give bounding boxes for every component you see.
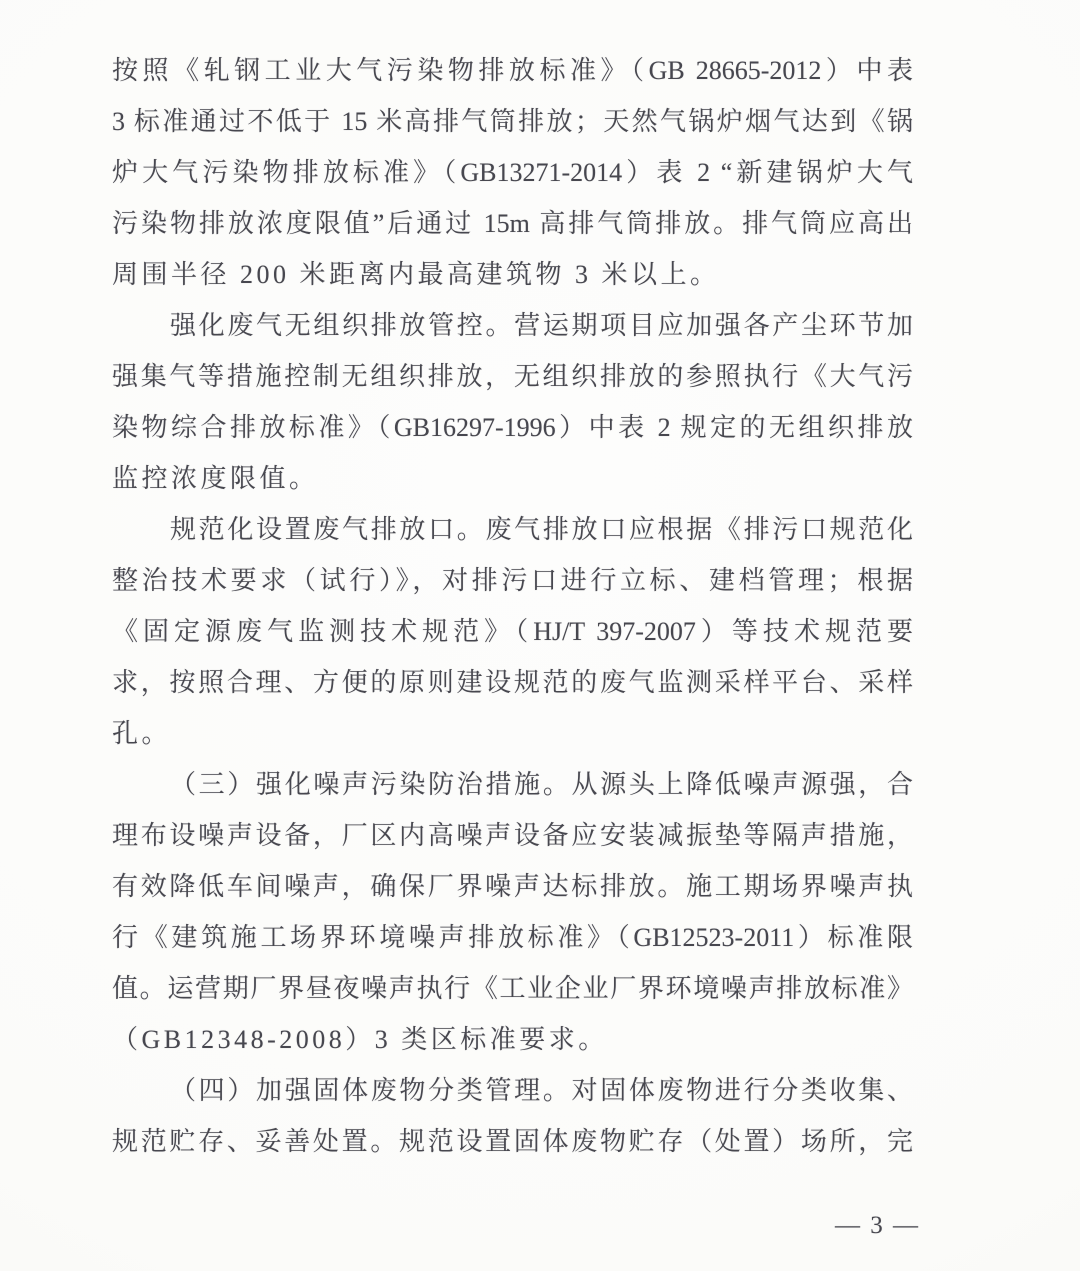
text-line: 有效降低车间噪声，确保厂界噪声达标排放。施工期场界噪声执: [112, 861, 913, 912]
text-line: 规范贮存、妥善处置。规范设置固体废物贮存（处置）场所，完: [112, 1116, 913, 1167]
text-line: 强集气等措施控制无组织排放，无组织排放的参照执行《大气污: [112, 351, 913, 402]
text-line: （四）加强固体废物分类管理。对固体废物进行分类收集、: [112, 1065, 913, 1116]
text-line: 理布设噪声设备，厂区内高噪声设备应安装减振垫等隔声措施，: [112, 810, 913, 861]
text-line: 规范化设置废气排放口。废气排放口应根据《排污口规范化: [112, 504, 913, 555]
text-line: （三）强化噪声污染防治措施。从源头上降低噪声源强，合: [112, 759, 913, 810]
text-line: 值。运营期厂界昼夜噪声执行《工业企业厂界环境噪声排放标准》: [112, 963, 913, 1014]
text-line: 周围半径 200 米距离内最高建筑物 3 米以上。: [112, 249, 913, 300]
text-line: 行《建筑施工场界环境噪声排放标准》（GB12523-2011）标准限: [112, 912, 913, 963]
text-line: 监控浓度限值。: [112, 453, 913, 504]
text-line: 染物综合排放标准》（GB16297-1996）中表 2 规定的无组织排放: [112, 402, 913, 453]
page-number: — 3 —: [810, 1200, 920, 1251]
text-line: 求，按照合理、方便的原则建设规范的废气监测采样平台、采样: [112, 657, 913, 708]
text-line: 污染物排放浓度限值”后通过 15m 高排气筒排放。排气筒应高出: [112, 198, 913, 249]
document-page: 按照《轧钢工业大气污染物排放标准》（GB 28665-2012）中表3 标准通过…: [0, 0, 1080, 1271]
text-block: 按照《轧钢工业大气污染物排放标准》（GB 28665-2012）中表3 标准通过…: [112, 45, 913, 1167]
text-line: 整治技术要求（试行）》，对排污口进行立标、建档管理；根据: [112, 555, 913, 606]
text-line: 3 标准通过不低于 15 米高排气筒排放；天然气锅炉烟气达到《锅: [112, 96, 913, 147]
text-line: 孔。: [112, 708, 913, 759]
text-line: 《固定源废气监测技术规范》（HJ/T 397-2007）等技术规范要: [112, 606, 913, 657]
text-line: 按照《轧钢工业大气污染物排放标准》（GB 28665-2012）中表: [112, 45, 913, 96]
text-line: 炉大气污染物排放标准》（GB13271-2014）表 2 “新建锅炉大气: [112, 147, 913, 198]
text-line: （GB12348-2008）3 类区标准要求。: [112, 1014, 913, 1065]
text-line: 强化废气无组织排放管控。营运期项目应加强各产尘环节加: [112, 300, 913, 351]
